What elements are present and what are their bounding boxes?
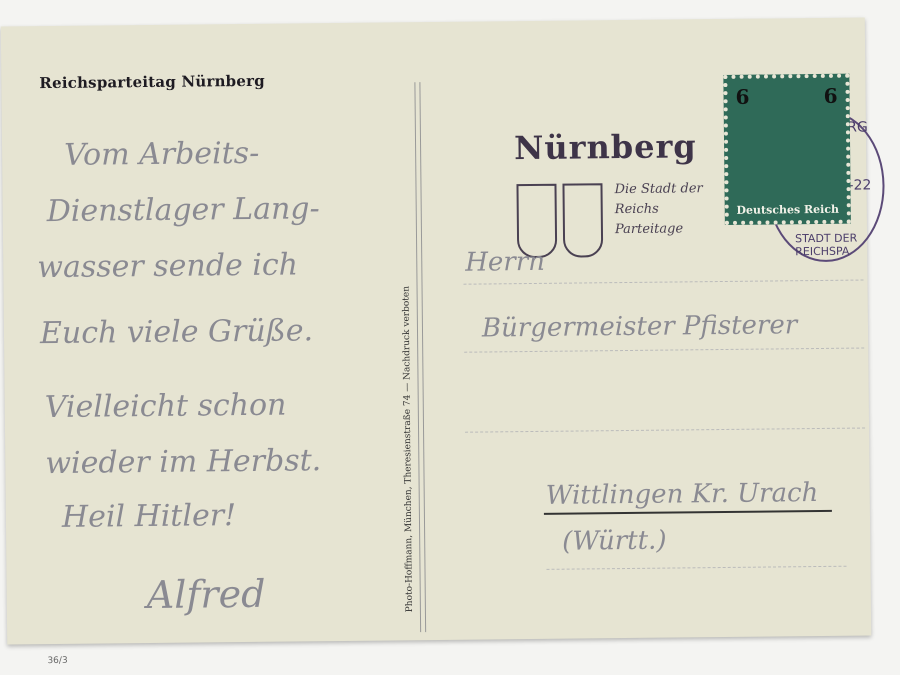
publisher-credit: Photo-Hoffmann, München, Theresienstraße… [402, 286, 415, 612]
stamp-value: 6 [824, 84, 838, 108]
message-line: Vom Arbeits- [64, 136, 259, 173]
message-line: Dienstlager Lang- [47, 191, 320, 229]
message-line: wieder im Herbst. [45, 443, 321, 481]
address-block: Herrn Bürgermeister Pfisterer Wittlingen… [1, 17, 865, 26]
address-line: Wittlingen Kr. Urach [546, 478, 819, 511]
postage-stamp: 6 6 Deutsches Reich [723, 74, 851, 225]
stamp-value: 6 [735, 85, 749, 109]
address-line: Herrn [465, 247, 545, 278]
message-line: Vielleicht schon [45, 388, 287, 426]
address-line: Bürgermeister Pfisterer [482, 310, 798, 343]
stamp-caption: Deutsches Reich [731, 203, 845, 217]
address-rule [464, 348, 864, 353]
address-underline [544, 510, 832, 515]
postmark-city: Nürnberg [514, 127, 697, 167]
address-rule [546, 566, 846, 570]
postcard: Reichsparteitag Nürnberg Photo-Hoffmann,… [1, 17, 871, 644]
coat-of-arms-icon [562, 183, 603, 257]
postcard-header: Reichsparteitag Nürnberg [39, 72, 265, 92]
slogan-line: Parteitage [615, 219, 703, 240]
message-line: Euch viele Grüße. [40, 313, 313, 351]
slogan-line: Reichs [615, 199, 703, 220]
signature: Alfred [147, 572, 266, 617]
address-rule [464, 280, 864, 285]
message-line: Heil Hitler! [62, 498, 237, 535]
divider-line [414, 82, 426, 632]
postmark-date: -22 [848, 177, 871, 193]
address-line: (Württ.) [562, 526, 667, 557]
card-number: 36/3 [47, 656, 67, 666]
message-line: wasser sende ich [37, 247, 298, 285]
handwritten-message: Vom Arbeits- Dienstlager Lang- wasser se… [1, 17, 865, 26]
postmark-ring-bottom: STADT DER REICHSPA [795, 231, 867, 258]
slogan-line: Die Stadt der [614, 179, 702, 200]
address-rule [465, 428, 865, 433]
postmark-slogan: Die Stadt der Reichs Parteitage [614, 179, 703, 240]
